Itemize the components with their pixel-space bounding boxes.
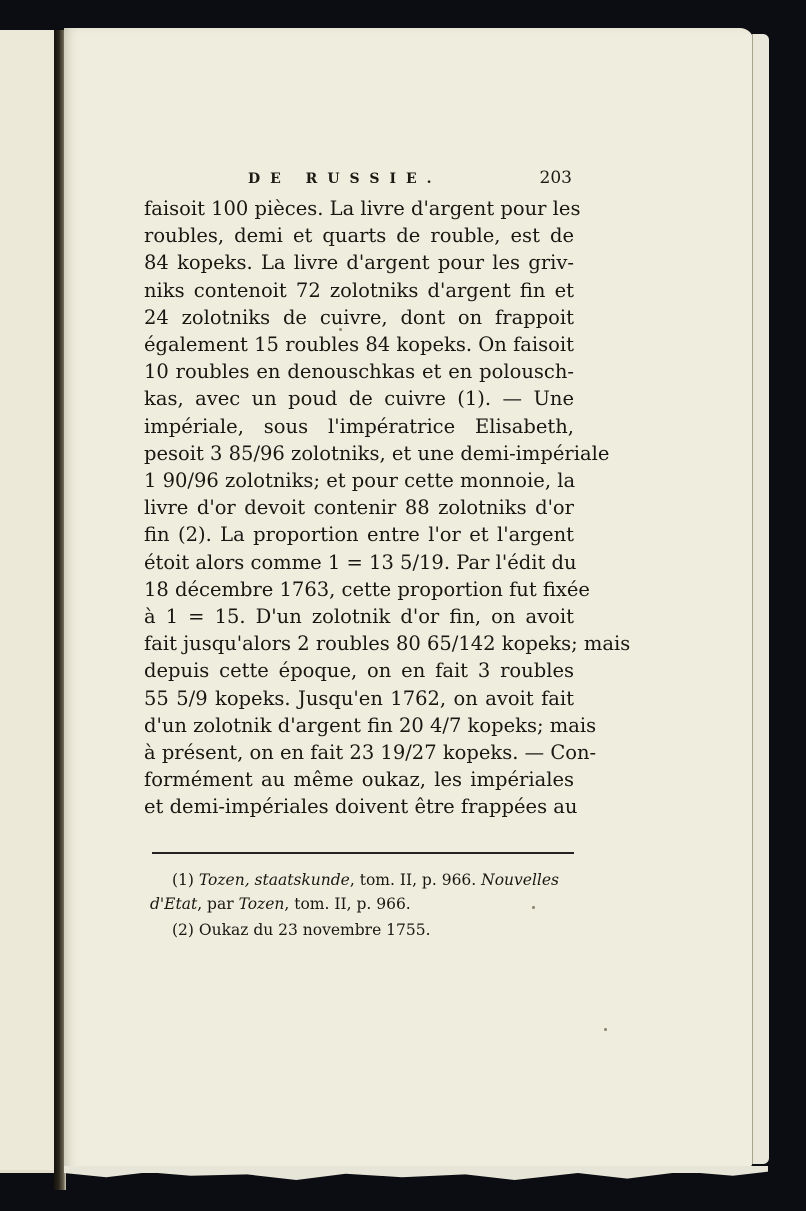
text-line: fin (2). La proportion entre l'or et l'a… [144, 521, 574, 548]
running-head-title: DE RUSSIE. [248, 171, 442, 187]
footnote-2: (2) Oukaz du 23 novembre 1755. [150, 918, 590, 942]
footnote-marker: (2) [172, 921, 194, 939]
body-text: faisoit 100 pièces. La livre d'argent po… [144, 195, 574, 821]
text-line: à présent, on en fait 23 19/27 kopeks. —… [144, 739, 574, 766]
text-line: 55 5/9 kopeks. Jusqu'en 1762, on avoit f… [144, 685, 574, 712]
text-line: pesoit 3 85/96 zolotniks, et une demi-im… [144, 440, 574, 467]
text-line: également 15 roubles 84 kopeks. On faiso… [144, 331, 574, 358]
text-line: depuis cette époque, on en fait 3 rouble… [144, 657, 574, 684]
text-line: d'un zolotnik d'argent fin 20 4/7 kopeks… [144, 712, 574, 739]
text-line: 84 kopeks. La livre d'argent pour les gr… [144, 249, 574, 276]
footnote-text: Oukaz du 23 novembre 1755. [199, 921, 431, 939]
footnote-rule [152, 852, 574, 854]
deckle-edge-right [752, 34, 769, 1164]
footnote-marker: (1) [172, 871, 194, 889]
citation-by: , par [197, 895, 233, 913]
text-line: étoit alors comme 1 = 13 5/19. Par l'édi… [144, 549, 574, 576]
text-line: 1 90/96 zolotniks; et pour cette monnoie… [144, 467, 574, 494]
footnotes: (1) Tozen, staatskunde, tom. II, p. 966.… [150, 868, 590, 942]
text-line: 24 zolotniks de cuivre, dont on frappoit [144, 304, 574, 331]
text-line: livre d'or devoit contenir 88 zolotniks … [144, 494, 574, 521]
citation-author: Tozen, staatskunde [199, 871, 350, 889]
text-line: 18 décembre 1763, cette proportion fut f… [144, 576, 574, 603]
text-line: kas, avec un poud de cuivre (1). — Une [144, 385, 574, 412]
running-head: DE RUSSIE. 203 [248, 168, 572, 188]
text-line: fait jusqu'alors 2 roubles 80 65/142 kop… [144, 630, 574, 657]
text-line: faisoit 100 pièces. La livre d'argent po… [144, 195, 574, 222]
citation-ref: , tom. II, p. 966. [284, 895, 410, 913]
deckle-edge-bottom [64, 1166, 768, 1180]
paper-speck [604, 1028, 607, 1031]
page-number: 203 [540, 168, 572, 188]
citation-author: Tozen [239, 895, 285, 913]
text-line: niks contenoit 72 zolotniks d'argent fin… [144, 277, 574, 304]
text-line: et demi-impériales doivent être frappées… [144, 793, 574, 820]
text-line: à 1 = 15. D'un zolotnik d'or fin, on avo… [144, 603, 574, 630]
left-page-edge [0, 30, 54, 1173]
text-line: 10 roubles en denouschkas et en polousch… [144, 358, 574, 385]
footnote-1: (1) Tozen, staatskunde, tom. II, p. 966.… [150, 868, 590, 916]
text-line: roubles, demi et quarts de rouble, est d… [144, 222, 574, 249]
citation-ref: , tom. II, p. 966. [350, 871, 476, 889]
text-line: impériale, sous l'impératrice Elisabeth, [144, 413, 574, 440]
text-line: formément au même oukaz, les impériales [144, 766, 574, 793]
